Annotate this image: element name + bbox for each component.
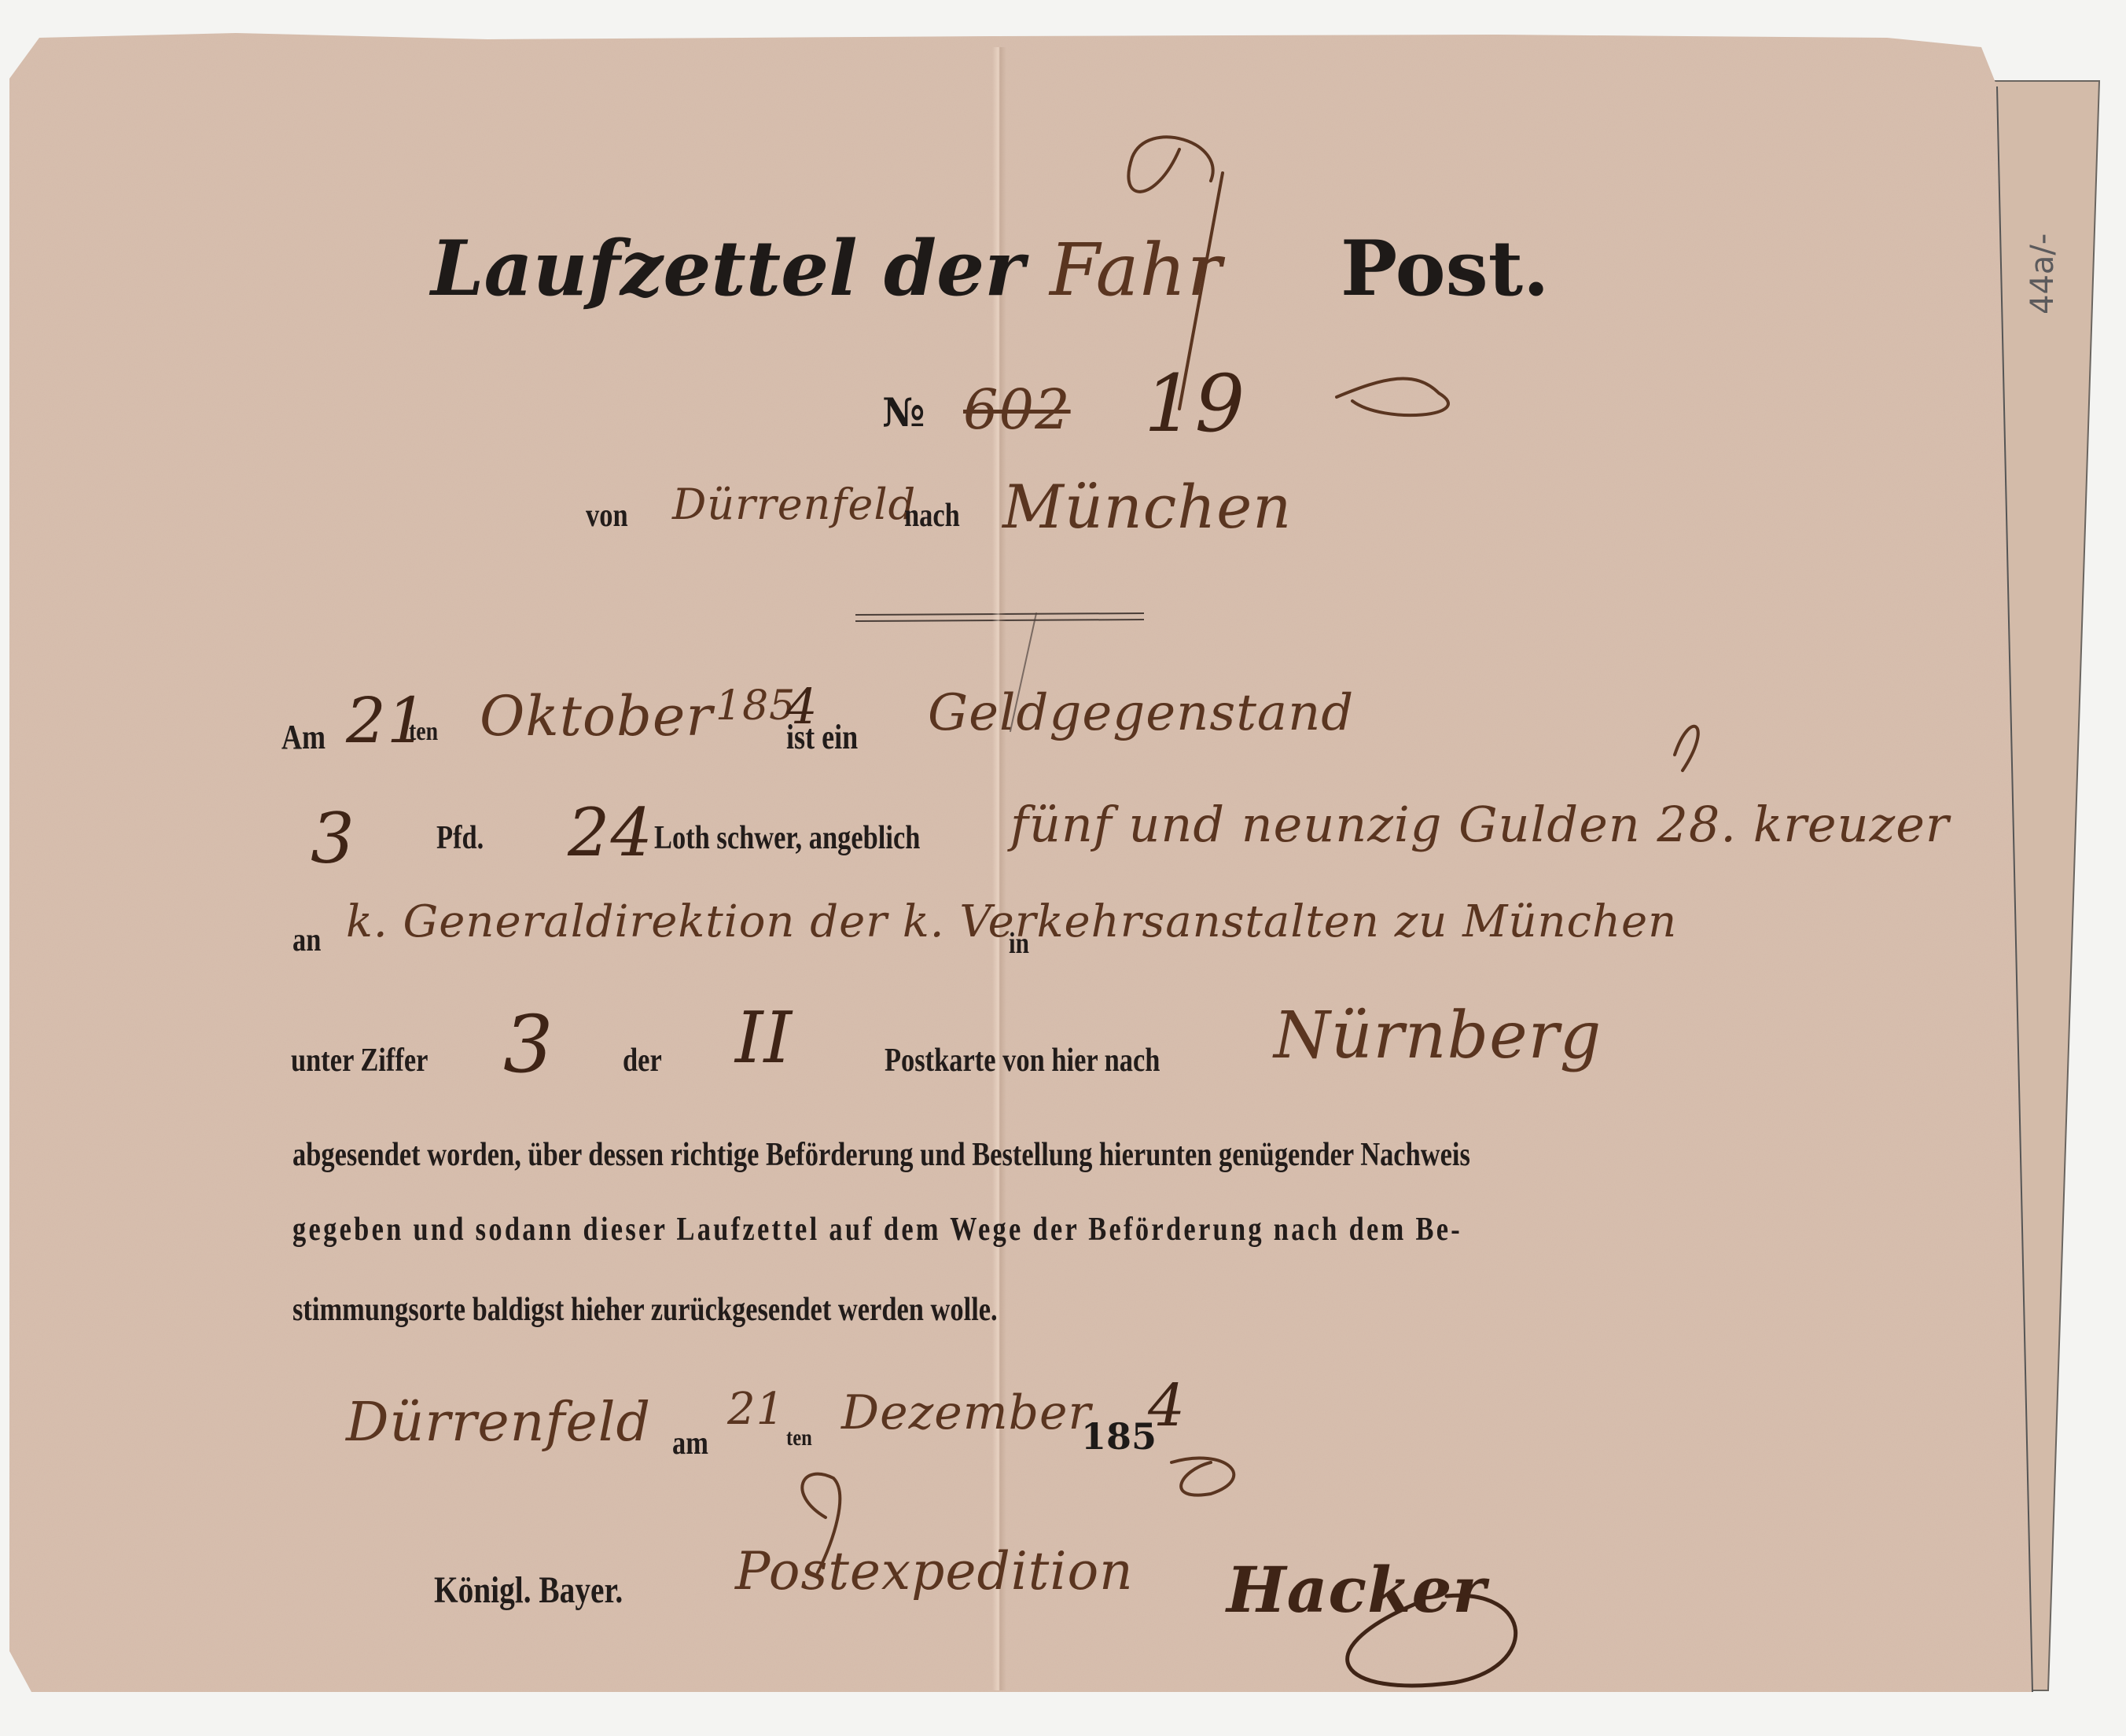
date-day-suffix: ten bbox=[786, 1425, 812, 1451]
am-label: Am bbox=[281, 717, 326, 757]
declared-value: fünf und neunzig Gulden 28. kreuzer bbox=[1010, 796, 1950, 853]
date-am-label: am bbox=[672, 1425, 708, 1462]
an-label: an bbox=[292, 921, 321, 959]
date-year-digit: 4 bbox=[1148, 1372, 1186, 1440]
signature: Hacker bbox=[1227, 1553, 1487, 1627]
destination: Nürnberg bbox=[1274, 999, 1602, 1073]
paragraph-line-1: abgesendet worden, über dessen richtige … bbox=[292, 1136, 1470, 1174]
postkarte-number: II bbox=[735, 997, 793, 1079]
paragraph-line-2: gegeben und sodann dieser Laufzettel auf… bbox=[292, 1211, 1462, 1249]
title-printed-part1: Laufzettel der bbox=[431, 224, 1024, 313]
in-label: in bbox=[1009, 926, 1029, 961]
footer-label: Königl. Bayer. bbox=[434, 1569, 623, 1612]
ziffer: 3 bbox=[503, 999, 554, 1091]
pencil-note: 44a/- bbox=[2025, 234, 2061, 314]
title-printed-part2: Post. bbox=[1341, 224, 1549, 313]
number-label: № bbox=[882, 389, 925, 436]
to-place: München bbox=[1002, 472, 1292, 542]
year-printed: 185 bbox=[715, 682, 796, 730]
von-label: von bbox=[586, 497, 628, 535]
month: Oktober bbox=[480, 684, 713, 748]
date-day: 21 bbox=[727, 1384, 785, 1435]
ist-ein-label: ist ein bbox=[786, 717, 858, 757]
loth-label: Loth schwer, angeblich bbox=[654, 819, 920, 857]
item-description: Geldgegenstand bbox=[928, 684, 1354, 742]
title-handwritten-fahr: Fahr bbox=[1050, 228, 1223, 312]
date-month: Dezember bbox=[841, 1385, 1091, 1440]
postkarte-label: Postkarte von hier nach bbox=[885, 1042, 1160, 1079]
number-value: 19 bbox=[1144, 358, 1245, 450]
footer-office: Postexpedition bbox=[735, 1541, 1134, 1602]
pounds: 3 bbox=[311, 798, 355, 879]
nach-label: nach bbox=[904, 497, 960, 535]
number-struck: 602 bbox=[963, 377, 1071, 442]
unter-ziffer-label: unter Ziffer bbox=[291, 1042, 428, 1079]
loth: 24 bbox=[568, 794, 653, 871]
der-label: der bbox=[623, 1042, 662, 1079]
date-place: Dürrenfeld bbox=[346, 1392, 651, 1454]
day-suffix: ten bbox=[409, 717, 438, 747]
date-year-printed: 185 bbox=[1081, 1415, 1157, 1458]
from-place: Dürrenfeld bbox=[672, 480, 916, 529]
paragraph-line-3: stimmungsorte baldigst hieher zurückgese… bbox=[292, 1291, 998, 1329]
pfd-label: Pfd. bbox=[436, 819, 484, 857]
